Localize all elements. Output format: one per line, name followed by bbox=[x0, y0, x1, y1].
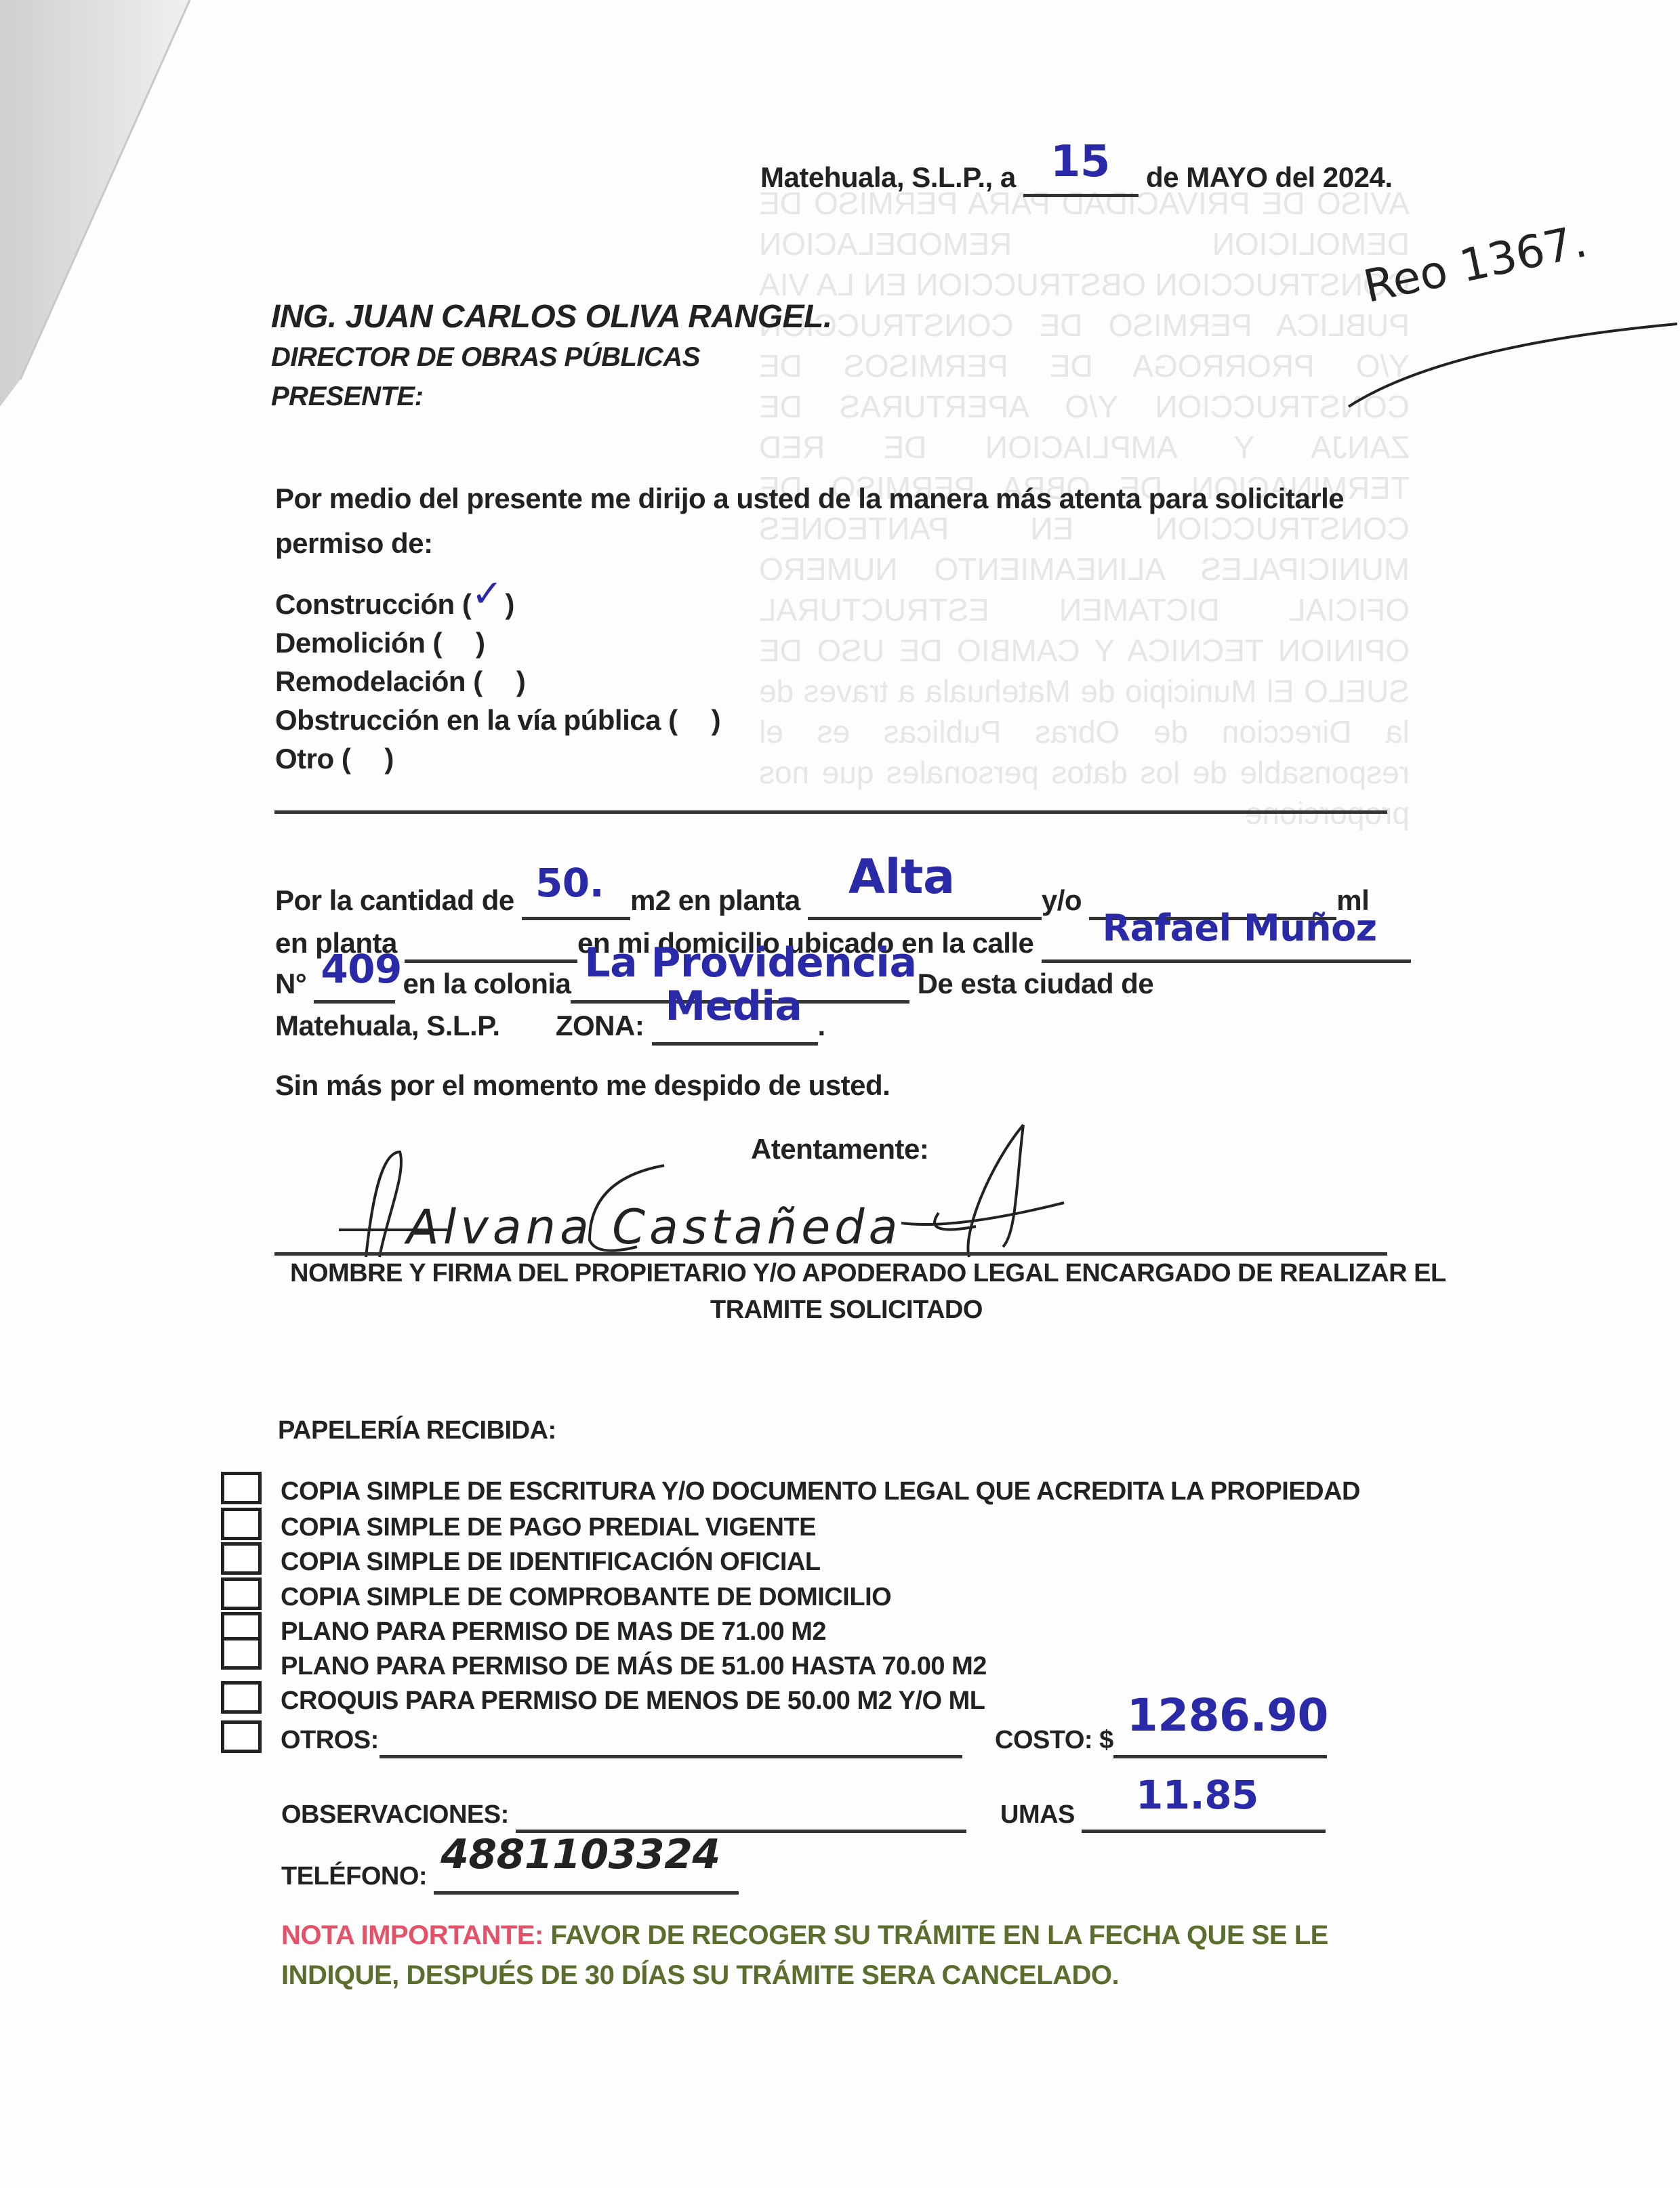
papeleria-checkbox[interactable] bbox=[221, 1720, 262, 1753]
number-field[interactable]: 409 bbox=[314, 968, 395, 1004]
number-label: N° bbox=[275, 968, 306, 999]
papeleria-title: PAPELERÍA RECIBIDA: bbox=[278, 1416, 556, 1445]
and-or-label: y/o bbox=[1042, 884, 1082, 916]
permit-option[interactable]: Obstrucción en la vía pública ( ) bbox=[275, 704, 720, 737]
permit-option-close: ) bbox=[516, 665, 526, 697]
closing-text: Sin más por el momento me despido de ust… bbox=[275, 1069, 890, 1102]
signature-line[interactable] bbox=[274, 1252, 1387, 1256]
papeleria-checkbox[interactable] bbox=[221, 1508, 262, 1540]
addressee-greeting: PRESENTE: bbox=[271, 381, 423, 412]
permit-option-label: Demolición ( bbox=[275, 627, 442, 659]
city-zone-line: Matehuala, S.L.P. ZONA: Media . bbox=[275, 1010, 825, 1046]
observaciones-field[interactable] bbox=[516, 1800, 966, 1833]
umas-line: UMAS 11.85 bbox=[1000, 1800, 1326, 1833]
permit-checkbox[interactable]: ✓ bbox=[471, 588, 505, 621]
intro-line-2: permiso de: bbox=[275, 527, 433, 560]
qty-unit-label: m2 en planta bbox=[630, 884, 800, 916]
place-date-prefix: Matehuala, S.L.P., a bbox=[760, 161, 1016, 193]
permit-option[interactable]: Demolición ( ) bbox=[275, 627, 485, 659]
permit-checkbox[interactable] bbox=[678, 704, 712, 737]
observaciones-label: OBSERVACIONES: bbox=[281, 1800, 509, 1829]
folio-handwritten-note: Reo 1367. bbox=[1359, 218, 1591, 311]
divider-line bbox=[274, 810, 1387, 814]
important-note-text-1: FAVOR DE RECOGER SU TRÁMITE EN LA FECHA … bbox=[550, 1920, 1328, 1950]
permit-option-label: Construcción ( bbox=[275, 588, 471, 620]
cost-line: COSTO: $1286.90 bbox=[995, 1726, 1327, 1758]
folio-underline-stroke bbox=[1342, 318, 1680, 413]
phone-field[interactable]: 4881103324 bbox=[434, 1862, 739, 1895]
day-value: 15 bbox=[1050, 137, 1110, 187]
papeleria-item-label: OTROS: bbox=[281, 1726, 379, 1755]
papeleria-item-label: COPIA SIMPLE DE PAGO PREDIAL VIGENTE bbox=[281, 1513, 816, 1542]
permit-option-close: ) bbox=[384, 743, 394, 775]
phone-label: TELÉFONO: bbox=[281, 1862, 427, 1891]
papeleria-checkbox[interactable] bbox=[221, 1472, 262, 1504]
permit-checkbox[interactable] bbox=[442, 627, 476, 659]
place-date-suffix: de MAYO del 2024. bbox=[1146, 161, 1392, 193]
umas-label: UMAS bbox=[1000, 1800, 1075, 1829]
zone-label: ZONA: bbox=[556, 1010, 644, 1041]
qty-field[interactable]: 50. bbox=[522, 884, 630, 920]
permit-option-close: ) bbox=[712, 704, 721, 736]
signature-caption-line-1: NOMBRE Y FIRMA DEL PROPIETARIO Y/O APODE… bbox=[290, 1259, 1446, 1288]
papeleria-item-label: CROQUIS PARA PERMISO DE MENOS DE 50.00 M… bbox=[281, 1687, 985, 1716]
intro-line-1: Por medio del presente me dirijo a usted… bbox=[275, 482, 1344, 515]
colony-label: en la colonia bbox=[403, 968, 571, 999]
permit-option-close: ) bbox=[476, 627, 485, 659]
papeleria-item-label: COPIA SIMPLE DE ESCRITURA Y/O DOCUMENTO … bbox=[281, 1477, 1360, 1506]
phone-value: 4881103324 bbox=[441, 1831, 720, 1878]
place-date-line: Matehuala, S.L.P., a 15 de MAYO del 2024… bbox=[760, 161, 1393, 197]
zone-field[interactable]: Media bbox=[652, 1010, 818, 1046]
observaciones-line: OBSERVACIONES: bbox=[281, 1800, 966, 1833]
permit-option[interactable]: Remodelación ( ) bbox=[275, 665, 525, 698]
permit-option-label: Obstrucción en la vía pública ( bbox=[275, 704, 678, 736]
umas-field[interactable]: 11.85 bbox=[1082, 1800, 1326, 1833]
cost-value: 1286.90 bbox=[1127, 1689, 1328, 1741]
important-note-line-1: NOTA IMPORTANTE: FAVOR DE RECOGER SU TRÁ… bbox=[281, 1920, 1328, 1951]
street-value: Rafael Muñoz bbox=[1103, 907, 1377, 949]
permit-option-label: Otro ( bbox=[275, 743, 350, 775]
planta-value: Alta bbox=[848, 849, 955, 905]
qty-value: 50. bbox=[535, 860, 604, 906]
papeleria-checkbox[interactable] bbox=[221, 1577, 262, 1610]
otros-field[interactable] bbox=[380, 1726, 962, 1758]
umas-value: 11.85 bbox=[1136, 1772, 1258, 1818]
zone-value: Media bbox=[665, 983, 802, 1030]
street-field[interactable]: Rafael Muñoz bbox=[1042, 927, 1411, 963]
papeleria-checkbox[interactable] bbox=[221, 1681, 262, 1714]
cost-field[interactable]: 1286.90 bbox=[1113, 1726, 1327, 1758]
papeleria-item-label: COPIA SIMPLE DE COMPROBANTE DE DOMICILIO bbox=[281, 1583, 891, 1612]
important-note-label: NOTA IMPORTANTE: bbox=[281, 1920, 544, 1950]
permit-option[interactable]: Otro ( ) bbox=[275, 743, 394, 775]
number-value: 409 bbox=[321, 946, 402, 992]
colony-value: La Providencia bbox=[584, 939, 916, 987]
important-note-text-2: INDIQUE, DESPUÉS DE 30 DÍAS SU TRÁMITE S… bbox=[281, 1960, 1119, 1991]
permit-checkbox[interactable] bbox=[483, 665, 516, 698]
planta-field[interactable]: Alta bbox=[808, 884, 1042, 920]
papeleria-item-label: PLANO PARA PERMISO DE MÁS DE 51.00 HASTA… bbox=[281, 1652, 987, 1681]
permit-option[interactable]: Construcción (✓ ) bbox=[275, 588, 514, 621]
papeleria-checkbox[interactable] bbox=[221, 1542, 262, 1575]
papeleria-item-label: COPIA SIMPLE DE IDENTIFICACIÓN OFICIAL bbox=[281, 1548, 821, 1577]
city-suffix-label: De esta ciudad de bbox=[918, 968, 1154, 999]
checkmark-icon: ✓ bbox=[471, 572, 502, 616]
planta2-field[interactable] bbox=[405, 927, 577, 963]
addressee-title: DIRECTOR DE OBRAS PÚBLICAS bbox=[271, 342, 700, 373]
phone-line: TELÉFONO: 4881103324 bbox=[281, 1862, 739, 1895]
addressee-name: ING. JUAN CARLOS OLIVA RANGEL. bbox=[271, 298, 832, 335]
permit-checkbox[interactable] bbox=[350, 743, 384, 775]
permit-option-label: Remodelación ( bbox=[275, 665, 483, 697]
signature-name: Alvana Castañeda bbox=[407, 1199, 902, 1255]
qty-label: Por la cantidad de bbox=[275, 884, 514, 916]
day-field[interactable]: 15 bbox=[1023, 161, 1139, 197]
city-label: Matehuala, S.L.P. bbox=[275, 1010, 500, 1041]
papeleria-item-label: PLANO PARA PERMISO DE MAS DE 71.00 M2 bbox=[281, 1617, 826, 1647]
permit-option-close: ) bbox=[505, 588, 514, 620]
papeleria-checkbox[interactable] bbox=[221, 1637, 262, 1670]
cost-label: COSTO: $ bbox=[995, 1726, 1113, 1754]
signature-caption-line-2: TRAMITE SOLICITADO bbox=[710, 1296, 983, 1325]
otros-line[interactable] bbox=[380, 1726, 962, 1758]
